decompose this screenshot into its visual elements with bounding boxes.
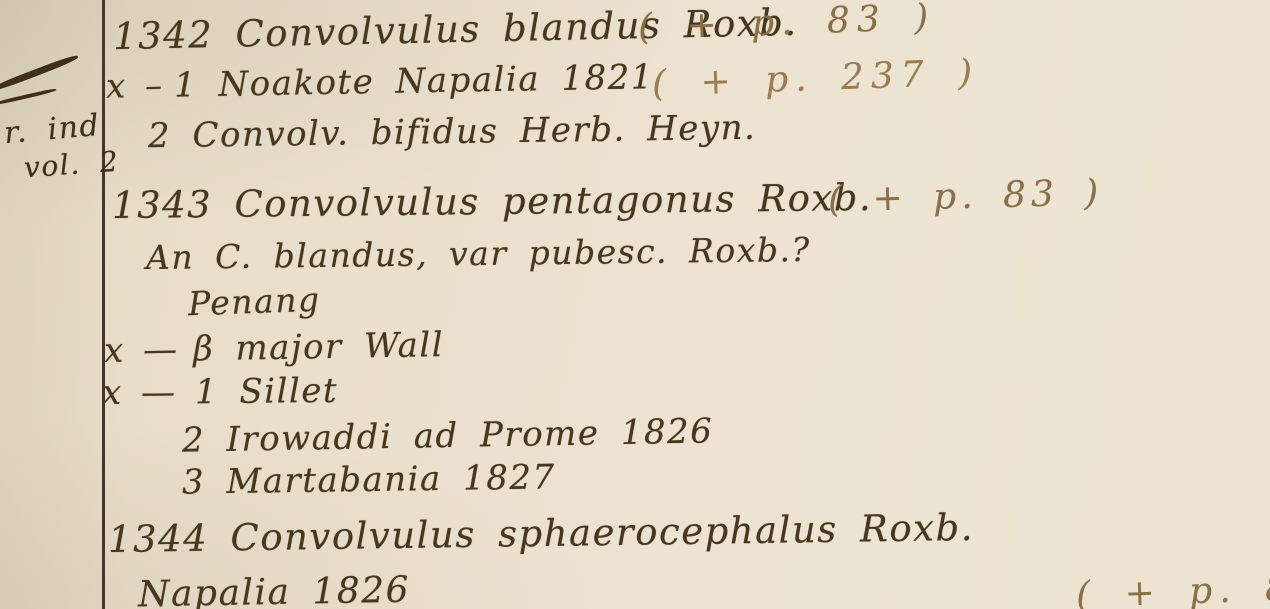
margin-note-volume: vol. 2 [23,145,120,185]
entry-1344-annotation-1: Napalia 1826 [138,570,411,609]
margin-note-work: r. ind [3,108,102,151]
entry-number: 1342 [113,13,214,58]
entry-1342-annotation-1: x –1 Noakote Napalia 1821 [106,57,655,107]
cross-mark: x — [102,372,175,413]
annotation-text: 1 Noakote Napalia 1821 [174,57,655,105]
entry-1343-annotation-3: x —β major Wall [104,325,445,371]
entry-species: Convolvulus pentagonus Roxb. [234,176,872,226]
entry-1343-annotation-4: x —1 Sillet [102,371,338,413]
entry-number: 1343 [112,183,213,227]
annotation-text: 1 Sillet [195,371,338,412]
entry-species: Convolvulus sphaerocephalus Roxb. [230,506,974,559]
entry-1343-annotation-5: 2 Irowaddi ad Prome 1826 [182,411,714,460]
entry-1343-annotation-1: An C. blandus, var pubesc. Roxb.? [146,230,811,277]
cross-mark: x — [104,330,178,371]
entry-1343-annotation-6: 3 Martabania 1827 [182,457,556,502]
entry-1342-annotation-2: 2 Convolv. bifidus Herb. Heyn. [148,108,757,156]
margin-rule-line [102,0,105,609]
cross-mark: x – [106,66,163,107]
entry-1342-page-ref: ( + p. 83 ) [637,0,936,48]
manuscript-page: r. ind vol. 2 1342 Convolvulus blandus R… [0,0,1270,609]
entry-1343-page-ref: ( + p. 83 ) [828,172,1104,220]
entry-number: 1344 [108,517,209,561]
margin-flourish-stroke [0,53,79,93]
annotation-text: β major Wall [193,325,445,369]
entry-1344-annotation-1-page-ref: ( + p. 83 ) [1075,565,1270,609]
entry-1342-annotation-1-page-ref: ( + p. 237 ) [651,52,979,104]
entry-1343-heading: 1343 Convolvulus pentagonus Roxb. [112,176,873,227]
margin-flourish-stroke-2 [0,88,57,106]
entry-1343-annotation-2: Penang [187,280,321,324]
entry-1344-heading: 1344 Convolvulus sphaerocephalus Roxb. [108,506,975,561]
